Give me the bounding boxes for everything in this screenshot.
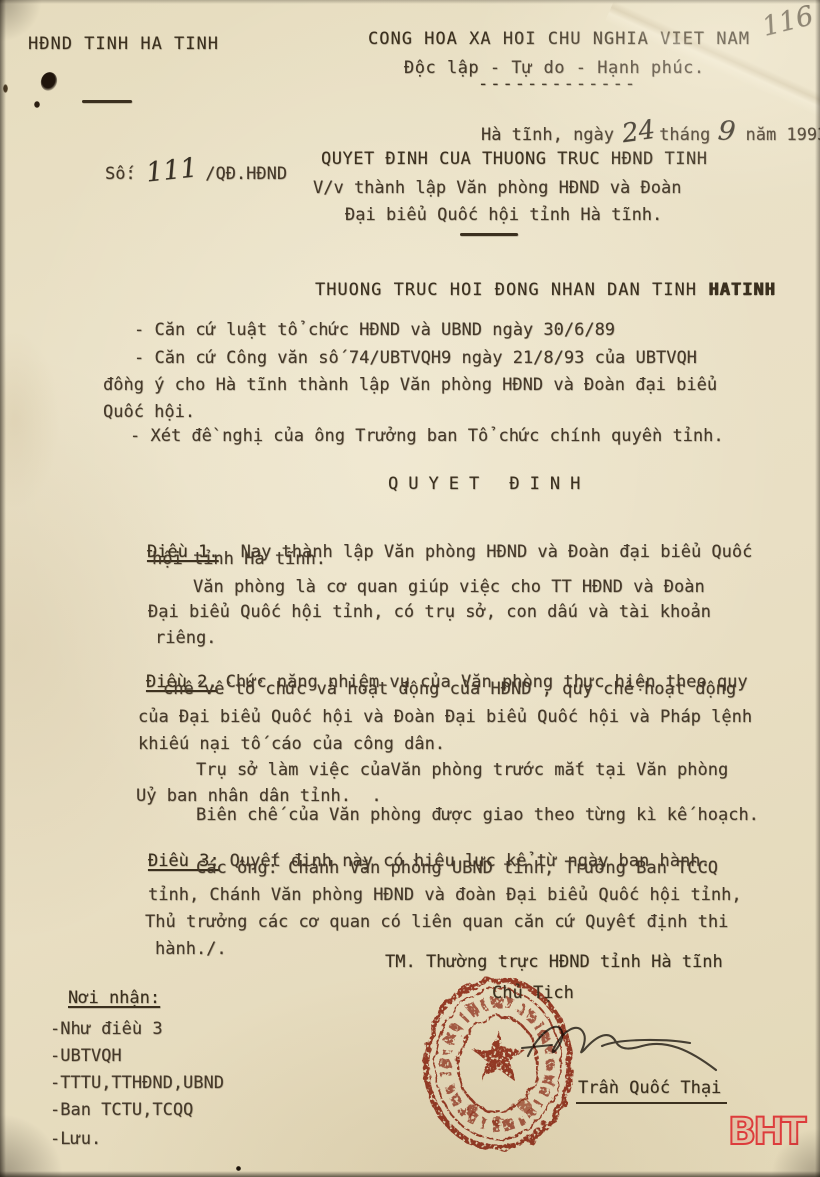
doc-number-value-handwritten: 111 (144, 153, 199, 191)
ink-speck (236, 1166, 241, 1171)
page-corner-number: 116 (759, 0, 817, 43)
letterhead-rule (82, 100, 132, 103)
bht-watermark-text: BHT (728, 1110, 807, 1153)
decision-title-line-3: Đại biểu Quốc hội tỉnh Hà tĩnh. (345, 205, 662, 225)
issuer-line: THUONG TRUC HOI ĐONG NHAN DAN TINH HATIN… (270, 260, 776, 321)
title-rule (460, 233, 518, 236)
article-2-line: Biên chế của Văn phòng được giao theo từ… (196, 805, 759, 825)
article-3-line: Thủ trưởng các cơ quan có liên quan căn … (145, 912, 728, 932)
preamble-line: - Căn cứ luật tổ chức HĐND và UBND ngày … (134, 320, 615, 340)
letterhead-org: HĐND TINH HA TINH (28, 34, 219, 54)
issuer-text: THUONG TRUC HOI ĐONG NHAN DAN TINH (315, 280, 708, 300)
recipient-item: -Lưu. (50, 1129, 101, 1149)
article-2-line: Trụ sở làm việc củaVăn phòng trước mắt t… (196, 760, 728, 780)
bht-watermark-logo: BHT (724, 1104, 808, 1156)
decision-title-line-1: QUYET ĐINH CUA THUONG TRUC HĐND TINH (321, 149, 707, 169)
article-1-line: hội tỉnh Hà tĩnh. (152, 549, 326, 569)
date-text-mid: tháng (659, 125, 710, 145)
article-2-line: của Đại biểu Quốc hội và Đoàn Đại biểu Q… (138, 707, 752, 727)
article-2-line: Uỷ ban nhân dân tỉnh. . (136, 786, 382, 806)
doc-number-label: Số: (105, 164, 136, 184)
date-text-pre: Hà tĩnh, ngày (481, 125, 614, 145)
preamble-line: - Căn cứ Công văn số 74/UBTVQH9 ngày 21/… (134, 348, 697, 368)
ink-blot (38, 70, 59, 93)
article-2-line: khiếu nại tố cáo của công dân. (138, 734, 445, 754)
motto-dashes: ------------- (478, 74, 637, 94)
date-text-post: năm 1993. (745, 125, 820, 145)
article-3-line: Các ông: Chánh Văn phòng UBND tỉnh, Trưở… (196, 858, 718, 878)
ink-speck (3, 84, 8, 93)
article-1-line: Đại biểu Quốc hội tỉnh, có trụ sở, con d… (148, 602, 711, 622)
preamble-line: Quốc hội. (103, 402, 195, 422)
closing-position-line: Chủ Tịch (492, 983, 574, 1003)
doc-number-line: Số:111/QĐ.HĐND (64, 135, 287, 208)
article-1-line: Văn phòng là cơ quan giúp việc cho TT HĐ… (193, 577, 705, 597)
article-2-line: chế về tổ chức và hoạt động của HĐND , q… (163, 679, 736, 699)
recipient-item: -TTTU,TTHĐND,UBND (50, 1073, 224, 1093)
date-day-handwritten: 24 (620, 115, 657, 150)
preamble-line: đồng ý cho Hà tĩnh thành lập Văn phòng H… (103, 375, 717, 395)
ink-speck (34, 101, 40, 108)
recipient-item: -Như điều 3 (50, 1019, 163, 1039)
handwritten-signature (518, 1008, 733, 1083)
doc-number-suffix: /QĐ.HĐND (205, 164, 287, 184)
article-1-line: riêng. (155, 628, 216, 648)
country-name-line: CONG HOA XA HOI CHU NGHIA VIET NAM (368, 29, 750, 49)
decision-title-line-2: V/v thành lập Văn phòng HĐND và Đoàn (313, 178, 681, 198)
article-3-line: tỉnh, Chánh Văn phòng HĐND và đoàn Đại b… (148, 885, 742, 905)
decision-heading: QUYET ĐINH (388, 474, 590, 494)
recipient-item: -UBTVQH (50, 1046, 122, 1066)
date-month-handwritten: 9 (717, 116, 737, 150)
scanned-document-page: 116 HĐND TINH HA TINH Số:111/QĐ.HĐND CON… (0, 0, 820, 1177)
signer-name: Trần Quốc Thại (576, 1078, 727, 1104)
article-3-line: hành./. (155, 939, 227, 959)
recipient-item: -Ban TCTU,TCQQ (50, 1100, 193, 1120)
recipients-heading: Nơi nhận: (68, 988, 160, 1008)
issuer-province-overstruck: HATINH (708, 280, 775, 300)
paper-stain (0, 330, 60, 510)
preamble-line: - Xét đề nghị của ông Trưởng ban Tổ chức… (130, 426, 724, 446)
